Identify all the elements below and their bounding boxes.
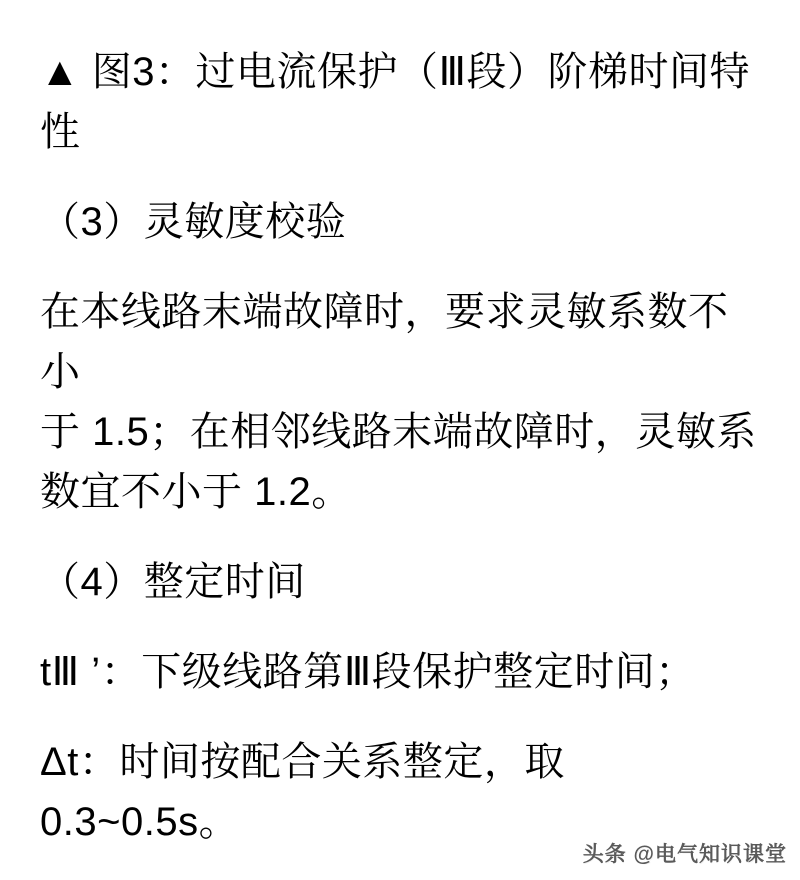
figure-caption: ▲ 图3：过电流保护（Ⅲ段）阶梯时间特 性	[40, 42, 760, 162]
paragraph-delta-t-definition: Δt：时间按配合关系整定，取 0.3~0.5s。	[40, 732, 760, 852]
section-heading-sensitivity-check: （3）灵敏度校验	[40, 192, 760, 252]
article-body: ▲ 图3：过电流保护（Ⅲ段）阶梯时间特 性 （3）灵敏度校验 在本线路末端故障时…	[0, 0, 800, 852]
paragraph-t3-definition: tⅢ ’：下级线路第Ⅲ段保护整定时间；	[40, 642, 760, 702]
article-page: { "page": { "background_color": "#ffffff…	[0, 0, 800, 880]
section-heading-setting-time: （4）整定时间	[40, 552, 760, 612]
paragraph-sensitivity-requirements: 在本线路末端故障时，要求灵敏系数不小 于 1.5；在相邻线路末端故障时，灵敏系 …	[40, 282, 760, 522]
watermark-toutiao-credit: 头条 @电气知识课堂	[583, 838, 787, 868]
